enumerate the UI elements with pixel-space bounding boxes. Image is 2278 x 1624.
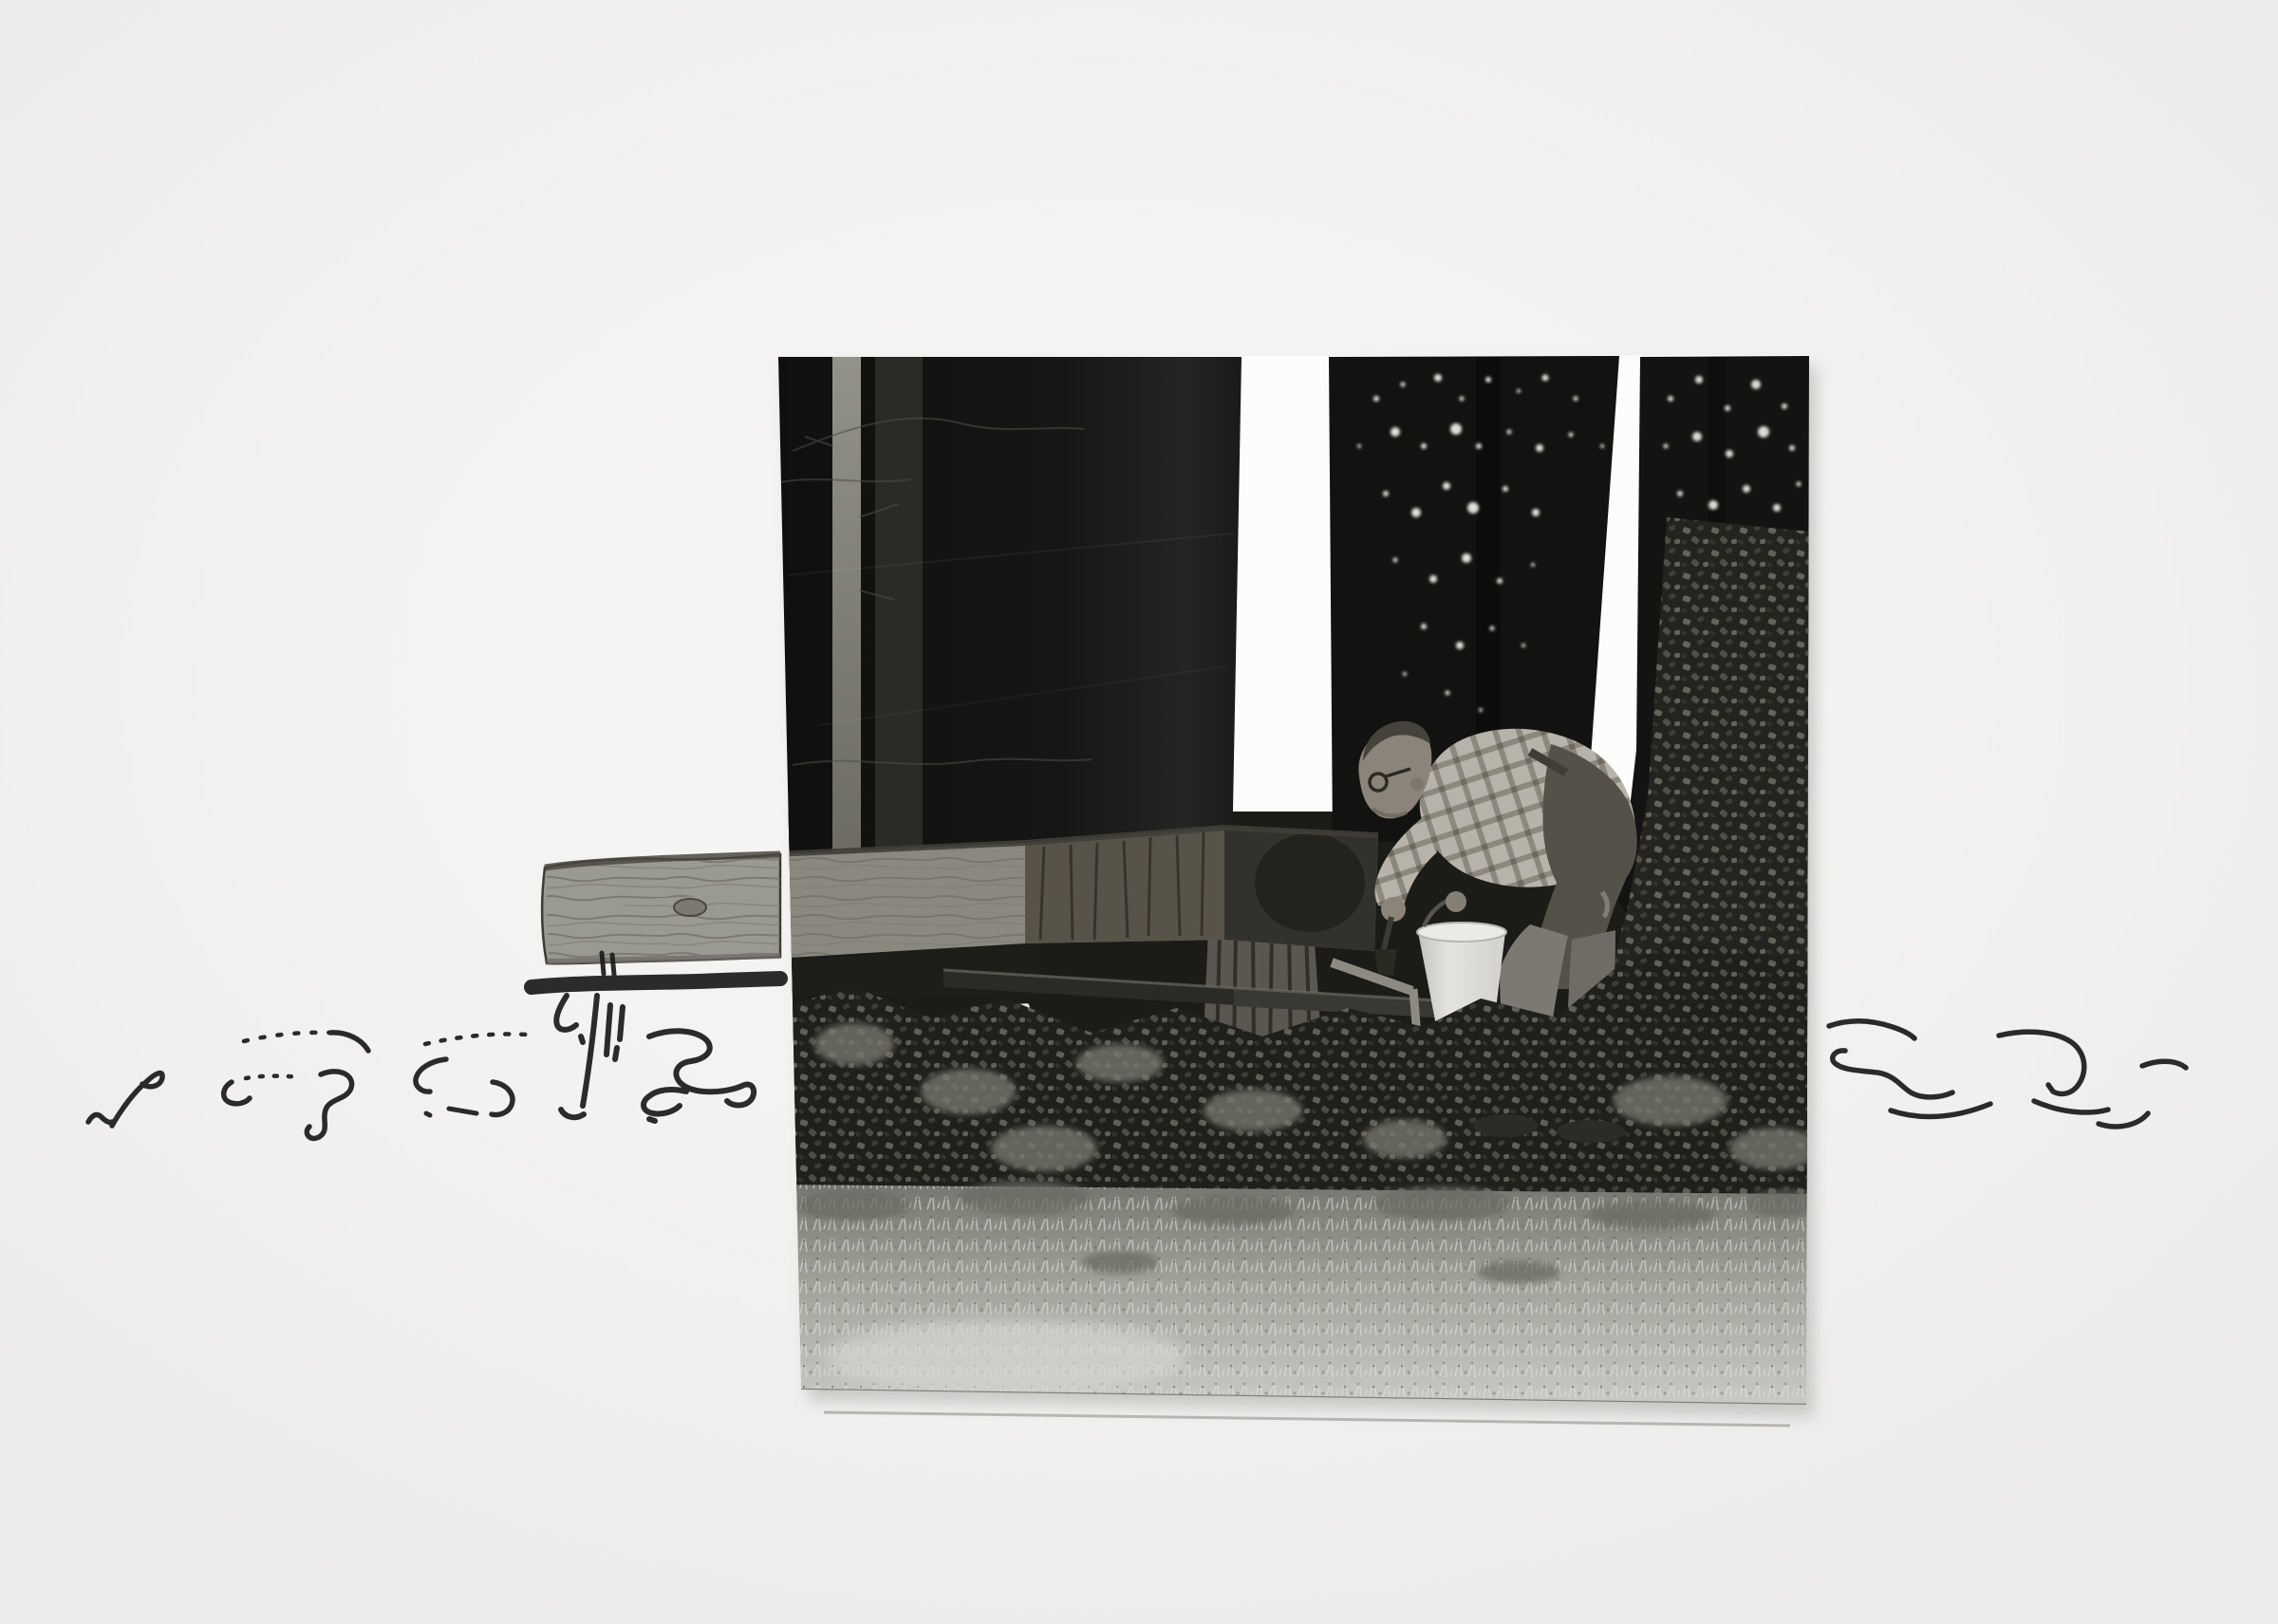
dark-tree-trunk <box>875 357 923 874</box>
photo-underlay-edge <box>824 1412 1790 1426</box>
hand-on-handle <box>1446 891 1466 912</box>
ink-scribble-loop <box>88 1073 162 1126</box>
artwork-page <box>0 0 2278 1624</box>
grass-bright-patch <box>826 1319 1186 1395</box>
log-knot <box>674 899 706 916</box>
ink-scribble-left-mid <box>224 1033 368 1139</box>
collage-scene <box>0 0 2278 1624</box>
ink-glyph-four <box>556 996 623 1117</box>
pale-tree-trunk <box>832 357 861 888</box>
cutout-log <box>542 854 780 963</box>
photograph <box>774 351 1822 1409</box>
ink-bar <box>532 979 780 987</box>
bucket-rim <box>1417 923 1506 942</box>
cutout-log-grain-bottom <box>547 900 780 961</box>
ink-scribble-left-outer <box>416 1034 527 1115</box>
wet-paint-blob <box>1255 833 1365 932</box>
ink-squiggle-s <box>644 1031 754 1121</box>
log-grain-inphoto <box>774 843 1025 959</box>
ink-scribbles-right <box>1829 1021 2186 1127</box>
ear <box>1410 777 1424 791</box>
